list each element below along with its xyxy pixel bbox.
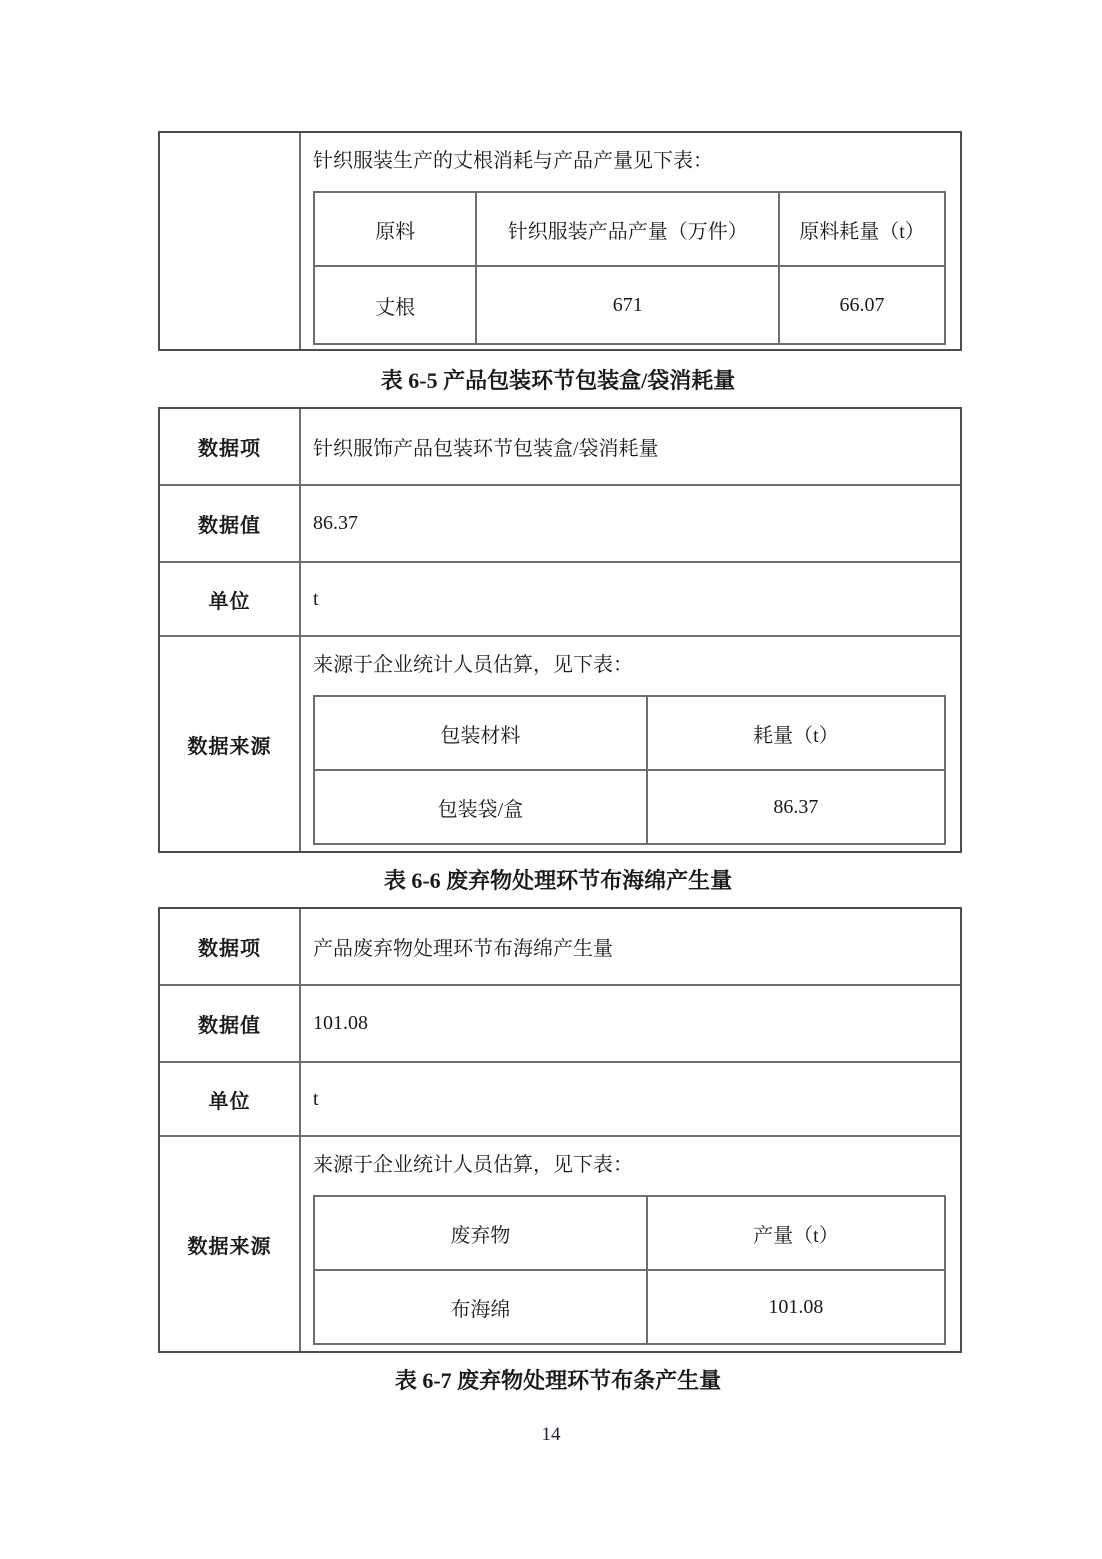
inner-data-row: 丈根 671 66.07	[315, 265, 944, 343]
header-cell-product-output: 针织服装产品产量（万件）	[475, 193, 778, 265]
page-number: 14	[0, 1423, 1102, 1447]
table-row-data-item: 数据项 产品废弃物处理环节布海绵产生量	[160, 909, 960, 984]
table-row-data-item: 数据项 针织服饰产品包装环节包装盒/袋消耗量	[160, 409, 960, 484]
row-label-data-value: 数据值	[160, 986, 301, 1061]
cell-material-name: 丈根	[315, 267, 475, 343]
source-intro-text: 来源于企业统计人员估算，见下表：	[313, 1151, 946, 1179]
row-label-data-item: 数据项	[160, 409, 301, 484]
cell-waste-name: 布海绵	[315, 1271, 646, 1343]
table-row-data-value: 数据值 86.37	[160, 484, 960, 561]
cell-unit: t	[301, 563, 960, 635]
table-row-unit: 单位 t	[160, 1061, 960, 1135]
header-cell-waste: 废弃物	[315, 1197, 646, 1269]
header-cell-material-consumption: 原料耗量（t）	[778, 193, 944, 265]
table-row-data-value: 数据值 101.08	[160, 984, 960, 1061]
packaging-detail-table: 包装材料 耗量（t） 包装袋/盒 86.37	[313, 695, 946, 845]
inner-header-row: 包装材料 耗量（t）	[315, 697, 944, 769]
table-row-data-source: 数据来源 来源于企业统计人员估算，见下表： 废弃物 产量（t） 布海绵 101.…	[160, 1135, 960, 1351]
header-cell-output: 产量（t）	[646, 1197, 944, 1269]
cell-data-value: 86.37	[301, 486, 960, 561]
table-6-5-caption: 表 6-5 产品包装环节包装盒/袋消耗量	[158, 365, 958, 397]
row-label-data-item: 数据项	[160, 909, 301, 984]
inner-data-row: 布海绵 101.08	[315, 1269, 944, 1343]
cell-unit: t	[301, 1063, 960, 1135]
table-6-6: 数据项 产品废弃物处理环节布海绵产生量 数据值 101.08 单位 t 数据来源…	[158, 907, 962, 1353]
row-label-unit: 单位	[160, 1063, 301, 1135]
inner-header-row: 原料 针织服装产品产量（万件） 原料耗量（t）	[315, 193, 944, 265]
table-6-6-caption: 表 6-6 废弃物处理环节布海绵产生量	[158, 865, 958, 897]
cell-data-item: 产品废弃物处理环节布海绵产生量	[301, 909, 960, 984]
table-row-unit: 单位 t	[160, 561, 960, 635]
waste-detail-table: 废弃物 产量（t） 布海绵 101.08	[313, 1195, 946, 1345]
header-cell-material: 原料	[315, 193, 475, 265]
continued-content-cell: 针织服装生产的丈根消耗与产品产量见下表： 原料 针织服装产品产量（万件） 原料耗…	[301, 133, 960, 349]
row-label-data-source: 数据来源	[160, 1137, 301, 1351]
row-label-unit: 单位	[160, 563, 301, 635]
source-intro-text: 来源于企业统计人员估算，见下表：	[313, 651, 946, 679]
cell-data-source: 来源于企业统计人员估算，见下表： 包装材料 耗量（t） 包装袋/盒 86.37	[301, 637, 960, 851]
cell-consumption-value: 66.07	[778, 267, 944, 343]
inner-data-row: 包装袋/盒 86.37	[315, 769, 944, 843]
cell-data-source: 来源于企业统计人员估算，见下表： 废弃物 产量（t） 布海绵 101.08	[301, 1137, 960, 1351]
table-intro-text: 针织服装生产的丈根消耗与产品产量见下表：	[313, 147, 946, 175]
header-cell-packaging-material: 包装材料	[315, 697, 646, 769]
row-label-data-source: 数据来源	[160, 637, 301, 851]
table-continuation: 针织服装生产的丈根消耗与产品产量见下表： 原料 针织服装产品产量（万件） 原料耗…	[158, 131, 962, 351]
row-label-data-value: 数据值	[160, 486, 301, 561]
inner-header-row: 废弃物 产量（t）	[315, 1197, 944, 1269]
table-row-data-source: 数据来源 来源于企业统计人员估算，见下表： 包装材料 耗量（t） 包装袋/盒 8…	[160, 635, 960, 851]
cell-packaging-material: 包装袋/盒	[315, 771, 646, 843]
table-row-continued: 针织服装生产的丈根消耗与产品产量见下表： 原料 针织服装产品产量（万件） 原料耗…	[160, 133, 960, 349]
cell-output-value: 671	[475, 267, 778, 343]
table-6-5: 数据项 针织服饰产品包装环节包装盒/袋消耗量 数据值 86.37 单位 t 数据…	[158, 407, 962, 853]
cell-data-value: 101.08	[301, 986, 960, 1061]
table-6-7-caption: 表 6-7 废弃物处理环节布条产生量	[158, 1365, 958, 1397]
cell-output-value: 101.08	[646, 1271, 944, 1343]
empty-label-cell	[160, 133, 301, 349]
header-cell-consumption: 耗量（t）	[646, 697, 944, 769]
material-consumption-table: 原料 针织服装产品产量（万件） 原料耗量（t） 丈根 671 66.07	[313, 191, 946, 345]
cell-data-item: 针织服饰产品包装环节包装盒/袋消耗量	[301, 409, 960, 484]
document-page: 针织服装生产的丈根消耗与产品产量见下表： 原料 针织服装产品产量（万件） 原料耗…	[0, 0, 1102, 1559]
cell-consumption-value: 86.37	[646, 771, 944, 843]
